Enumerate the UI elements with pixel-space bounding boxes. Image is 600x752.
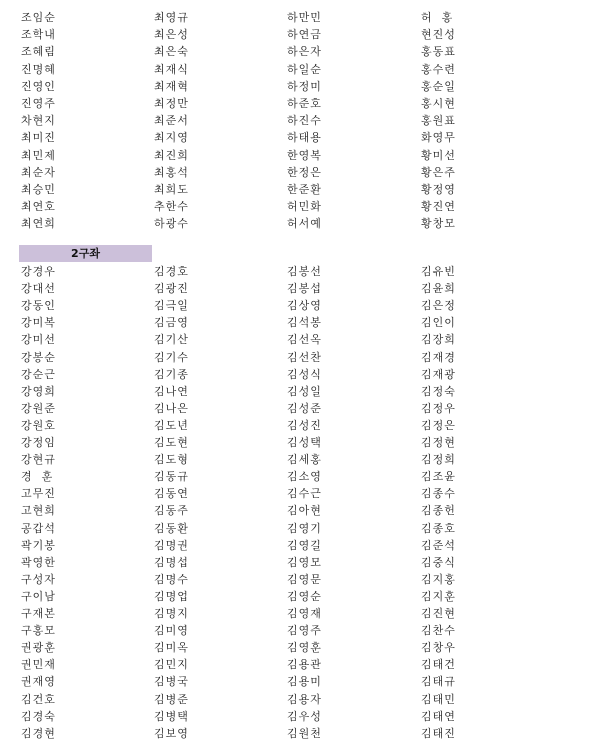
name-row: 권민재김민지김용관김태건: [0, 656, 600, 673]
name-cell: 김광진: [154, 280, 189, 297]
name-cell: 김수근: [287, 485, 322, 502]
name-cell: 김용자: [287, 691, 322, 708]
name-cell: 김인이: [421, 314, 456, 331]
name-row: 최연희하광수허서예황창모: [0, 215, 600, 232]
name-cell: 김병국: [154, 673, 189, 690]
name-cell: 강원호: [21, 417, 56, 434]
name-cell: 화영무: [421, 129, 456, 146]
section-header-2: 2구좌: [19, 245, 152, 262]
name-row: 차현지최준서하진수홍원표: [0, 112, 600, 129]
name-cell: 최은성: [154, 26, 189, 43]
name-row: 최민제최진희한영복황미선: [0, 147, 600, 164]
name-cell: 김태진: [421, 725, 456, 742]
name-cell: 김우성: [287, 708, 322, 725]
name-cell: 최진희: [154, 147, 189, 164]
name-cell: 하준호: [287, 95, 322, 112]
name-cell: 최영규: [154, 9, 189, 26]
name-cell: 최정만: [154, 95, 189, 112]
name-cell: 김정숙: [421, 383, 456, 400]
name-cell: 김경호: [154, 263, 189, 280]
name-cell: 김영주: [287, 622, 322, 639]
name-cell: 김극일: [154, 297, 189, 314]
name-cell: 황미선: [421, 147, 456, 164]
name-cell: 김미영: [154, 622, 189, 639]
name-cell: 김나은: [154, 400, 189, 417]
name-cell: 김정희: [421, 451, 456, 468]
name-cell: 김봉섭: [287, 280, 322, 297]
name-cell: 강경우: [21, 263, 56, 280]
name-cell: 진명혜: [21, 61, 56, 78]
name-row: 강현규김도형김세홍김정희: [0, 451, 600, 468]
name-cell: 김용미: [287, 673, 322, 690]
name-row: 김경현김보영김원천김태진: [0, 725, 600, 742]
name-cell: 황은주: [421, 164, 456, 181]
name-cell: 김선찬: [287, 349, 322, 366]
name-row: 진영주최정만하준호홍시현: [0, 95, 600, 112]
name-row: 강미선김기산김선옥김장희: [0, 331, 600, 348]
name-cell: 김준석: [421, 537, 456, 554]
name-row: 곽기봉김명권김영길김준석: [0, 537, 600, 554]
name-row: 진명혜최재식하일순홍수련: [0, 61, 600, 78]
name-cell: 김봉선: [287, 263, 322, 280]
name-cell: 김종헌: [421, 502, 456, 519]
name-cell: 김종수: [421, 485, 456, 502]
name-row: 구홍모김미영김영주김찬수: [0, 622, 600, 639]
name-cell: 김명섭: [154, 554, 189, 571]
name-cell: 곽영한: [21, 554, 56, 571]
name-cell: 조혜림: [21, 43, 56, 60]
name-row: 최미진최지영하태용화영무: [0, 129, 600, 146]
name-cell: 김영문: [287, 571, 322, 588]
name-row: 고무진김동연김수근김종수: [0, 485, 600, 502]
name-cell: 김명권: [154, 537, 189, 554]
name-cell: 최준서: [154, 112, 189, 129]
name-cell: 김태민: [421, 691, 456, 708]
name-cell: 하일순: [287, 61, 322, 78]
name-cell: 차현지: [21, 112, 56, 129]
name-row: 조임순최영규하만민허 홍: [0, 9, 600, 26]
name-cell: 조학내: [21, 26, 56, 43]
name-cell: 김원천: [287, 725, 322, 742]
name-cell: 김민지: [154, 656, 189, 673]
name-cell: 권광훈: [21, 639, 56, 656]
name-cell: 권재영: [21, 673, 56, 690]
name-cell: 김윤희: [421, 280, 456, 297]
name-cell: 김용관: [287, 656, 322, 673]
name-cell: 김보영: [154, 725, 189, 742]
name-cell: 허 홍: [421, 9, 453, 26]
name-cell: 황창모: [421, 215, 456, 232]
name-row: 권광훈김미옥김영훈김창우: [0, 639, 600, 656]
name-row: 강원호김도년김성진김정은: [0, 417, 600, 434]
name-cell: 최은숙: [154, 43, 189, 60]
name-row: 최승민최희도한준환황정영: [0, 181, 600, 198]
name-cell: 김영훈: [287, 639, 322, 656]
name-cell: 강순근: [21, 366, 56, 383]
name-cell: 김정은: [421, 417, 456, 434]
name-cell: 강미복: [21, 314, 56, 331]
name-row: 김경숙김병택김우성김태연: [0, 708, 600, 725]
name-row: 곽영한김명섭김영모김중식: [0, 554, 600, 571]
name-row: 구재본김명지김영재김진현: [0, 605, 600, 622]
name-cell: 진영주: [21, 95, 56, 112]
name-cell: 강원준: [21, 400, 56, 417]
name-cell: 김재경: [421, 349, 456, 366]
name-cell: 강동인: [21, 297, 56, 314]
name-cell: 김태건: [421, 656, 456, 673]
name-cell: 김기산: [154, 331, 189, 348]
name-cell: 김건호: [21, 691, 56, 708]
name-cell: 김지홍: [421, 571, 456, 588]
name-row: 강미복김금영김석봉김인이: [0, 314, 600, 331]
name-row: 강경우김경호김봉선김유빈: [0, 263, 600, 280]
name-cell: 최재식: [154, 61, 189, 78]
name-cell: 조임순: [21, 9, 56, 26]
name-cell: 강현규: [21, 451, 56, 468]
name-cell: 김태규: [421, 673, 456, 690]
name-cell: 구홍모: [21, 622, 56, 639]
name-cell: 홍원표: [421, 112, 456, 129]
name-cell: 김동주: [154, 502, 189, 519]
name-cell: 김영순: [287, 588, 322, 605]
name-cell: 하만민: [287, 9, 322, 26]
name-cell: 김금영: [154, 314, 189, 331]
name-cell: 황진연: [421, 198, 456, 215]
name-row: 구성자김명수김영문김지홍: [0, 571, 600, 588]
name-cell: 김선옥: [287, 331, 322, 348]
name-cell: 김경숙: [21, 708, 56, 725]
name-cell: 김태연: [421, 708, 456, 725]
name-cell: 김석봉: [287, 314, 322, 331]
name-cell: 한정은: [287, 164, 322, 181]
name-cell: 김성일: [287, 383, 322, 400]
name-row: 강정임김도현김성택김정현: [0, 434, 600, 451]
name-cell: 김아현: [287, 502, 322, 519]
name-cell: 구이남: [21, 588, 56, 605]
name-cell: 김창우: [421, 639, 456, 656]
name-cell: 추한수: [154, 198, 189, 215]
name-cell: 김진현: [421, 605, 456, 622]
name-cell: 하태용: [287, 129, 322, 146]
name-cell: 김동환: [154, 520, 189, 537]
name-row: 고현희김동주김아현김종헌: [0, 502, 600, 519]
name-cell: 강봉순: [21, 349, 56, 366]
name-row: 조학내최은성하연금현진성: [0, 26, 600, 43]
name-row: 공갑석김동환김영기김종호: [0, 520, 600, 537]
name-cell: 고무진: [21, 485, 56, 502]
name-cell: 한준환: [287, 181, 322, 198]
name-cell: 홍시현: [421, 95, 456, 112]
name-cell: 하진수: [287, 112, 322, 129]
name-cell: 최희도: [154, 181, 189, 198]
name-cell: 김성준: [287, 400, 322, 417]
name-cell: 김지훈: [421, 588, 456, 605]
name-row: 진영인최재혁하정미홍순일: [0, 78, 600, 95]
name-cell: 김도년: [154, 417, 189, 434]
name-cell: 허민화: [287, 198, 322, 215]
name-row: 김건호김병준김용자김태민: [0, 691, 600, 708]
name-cell: 김정우: [421, 400, 456, 417]
name-cell: 홍수련: [421, 61, 456, 78]
name-cell: 김영길: [287, 537, 322, 554]
name-cell: 홍순일: [421, 78, 456, 95]
name-row: 최연호추한수허민화황진연: [0, 198, 600, 215]
name-cell: 강대선: [21, 280, 56, 297]
name-cell: 최민제: [21, 147, 56, 164]
name-cell: 경 훈: [21, 468, 53, 485]
name-cell: 김성택: [287, 434, 322, 451]
name-cell: 김재광: [421, 366, 456, 383]
name-cell: 최승민: [21, 181, 56, 198]
name-cell: 김나연: [154, 383, 189, 400]
name-cell: 강영희: [21, 383, 56, 400]
name-row: 강영희김나연김성일김정숙: [0, 383, 600, 400]
name-cell: 최순자: [21, 164, 56, 181]
name-cell: 김기수: [154, 349, 189, 366]
name-cell: 김중식: [421, 554, 456, 571]
name-cell: 김성식: [287, 366, 322, 383]
name-cell: 김유빈: [421, 263, 456, 280]
name-cell: 진영인: [21, 78, 56, 95]
name-cell: 김명수: [154, 571, 189, 588]
name-row: 강봉순김기수김선찬김재경: [0, 349, 600, 366]
name-row: 강대선김광진김봉섭김윤희: [0, 280, 600, 297]
name-cell: 강정임: [21, 434, 56, 451]
name-cell: 최재혁: [154, 78, 189, 95]
name-cell: 권민재: [21, 656, 56, 673]
name-cell: 김미옥: [154, 639, 189, 656]
name-cell: 고현희: [21, 502, 56, 519]
name-cell: 김조윤: [421, 468, 456, 485]
name-cell: 김소영: [287, 468, 322, 485]
name-cell: 김도현: [154, 434, 189, 451]
name-cell: 김성진: [287, 417, 322, 434]
name-cell: 하정미: [287, 78, 322, 95]
name-cell: 김동연: [154, 485, 189, 502]
name-cell: 김경현: [21, 725, 56, 742]
name-cell: 김병택: [154, 708, 189, 725]
name-cell: 김영모: [287, 554, 322, 571]
name-row: 권재영김병국김용미김태규: [0, 673, 600, 690]
name-row: 강순근김기종김성식김재광: [0, 366, 600, 383]
name-row: 조혜림최은숙하은자홍동표: [0, 43, 600, 60]
name-cell: 최미진: [21, 129, 56, 146]
name-cell: 김찬수: [421, 622, 456, 639]
name-cell: 강미선: [21, 331, 56, 348]
name-cell: 김상영: [287, 297, 322, 314]
name-cell: 구재본: [21, 605, 56, 622]
name-row: 강동인김극일김상영김은정: [0, 297, 600, 314]
name-row: 강원준김나은김성준김정우: [0, 400, 600, 417]
name-cell: 최홍석: [154, 164, 189, 181]
name-cell: 김영재: [287, 605, 322, 622]
name-cell: 최연호: [21, 198, 56, 215]
name-row: 경 훈김동규김소영김조윤: [0, 468, 600, 485]
name-cell: 황정영: [421, 181, 456, 198]
name-cell: 공갑석: [21, 520, 56, 537]
name-cell: 최연희: [21, 215, 56, 232]
name-cell: 김동규: [154, 468, 189, 485]
name-row: 구이남김명업김영순김지훈: [0, 588, 600, 605]
name-cell: 현진성: [421, 26, 456, 43]
name-cell: 하은자: [287, 43, 322, 60]
name-cell: 김종호: [421, 520, 456, 537]
name-cell: 하연금: [287, 26, 322, 43]
name-cell: 김은정: [421, 297, 456, 314]
name-cell: 김세홍: [287, 451, 322, 468]
name-cell: 김명지: [154, 605, 189, 622]
name-cell: 김영기: [287, 520, 322, 537]
name-cell: 김기종: [154, 366, 189, 383]
name-row: 최순자최홍석한정은황은주: [0, 164, 600, 181]
name-cell: 홍동표: [421, 43, 456, 60]
name-cell: 김병준: [154, 691, 189, 708]
name-cell: 김장희: [421, 331, 456, 348]
name-cell: 김명업: [154, 588, 189, 605]
name-cell: 곽기봉: [21, 537, 56, 554]
name-cell: 허서예: [287, 215, 322, 232]
name-cell: 최지영: [154, 129, 189, 146]
name-cell: 한영복: [287, 147, 322, 164]
name-cell: 김도형: [154, 451, 189, 468]
name-cell: 김정현: [421, 434, 456, 451]
name-cell: 구성자: [21, 571, 56, 588]
name-cell: 하광수: [154, 215, 189, 232]
